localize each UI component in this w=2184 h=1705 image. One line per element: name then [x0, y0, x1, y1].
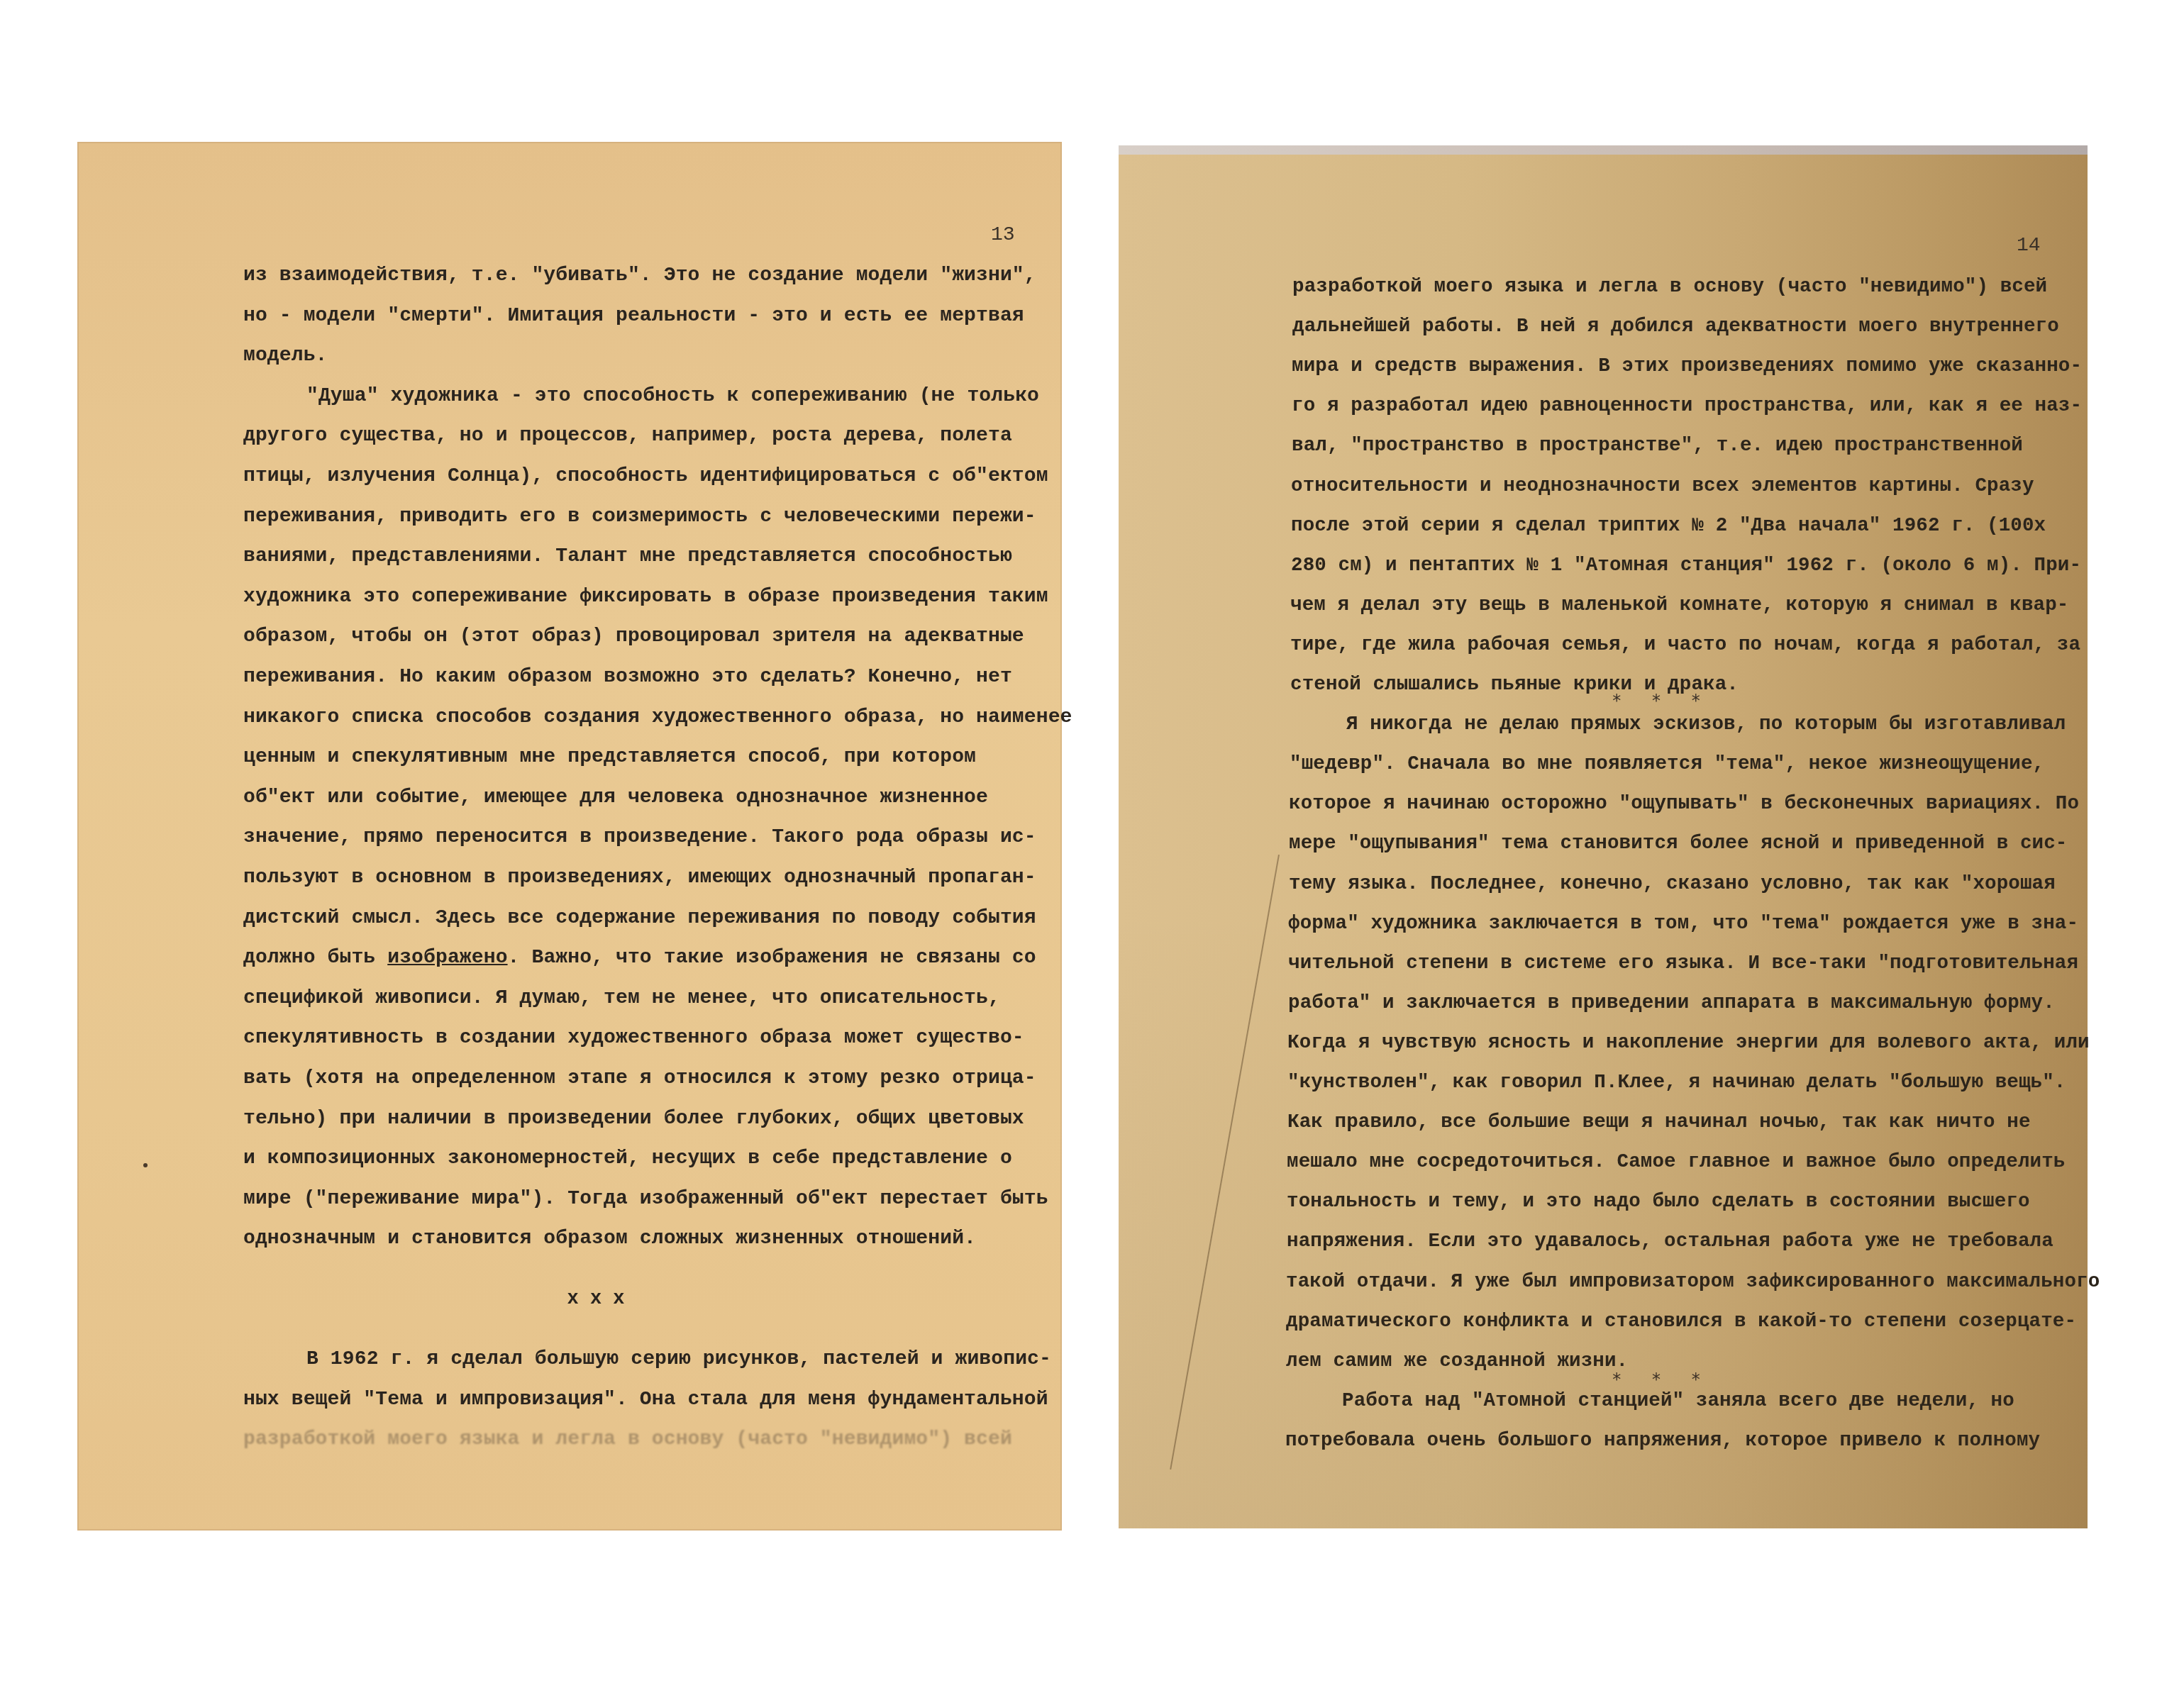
- page-13: 13 из взаимодействия, т.е. "убивать". Эт…: [77, 142, 1062, 1531]
- text-line: образом, чтобы он (этот образ) провоциро…: [243, 626, 1024, 648]
- text-line: разработкой моего языка и легла в основу…: [1292, 277, 2047, 298]
- section-separator: * * *: [1612, 691, 1712, 711]
- text-line: работа" и заключается в приведении аппар…: [1288, 993, 2055, 1014]
- text-line: "Душа" художника - это способность к соп…: [306, 386, 1039, 407]
- text-line: драматического конфликта и становился в …: [1286, 1311, 2076, 1333]
- text-line: модель.: [243, 345, 328, 367]
- text-line: но - модели "смерти". Имитация реальност…: [243, 306, 1024, 327]
- text-line: спецификой живописи. Я думаю, тем не мен…: [243, 988, 1000, 1009]
- page-14: 14 разработкой моего языка и легла в осн…: [1119, 145, 2088, 1528]
- text-line: из взаимодействия, т.е. "убивать". Это н…: [243, 265, 1036, 287]
- text-line: художника это сопереживание фиксировать …: [243, 587, 1048, 608]
- section-separator: * * *: [1612, 1370, 1712, 1389]
- text-line: тему языка. Последнее, конечно, сказано …: [1289, 874, 2056, 895]
- text-line: Я никогда не делаю прямых эскизов, по ко…: [1346, 714, 2066, 735]
- ink-speck: [143, 1163, 148, 1167]
- text-line: мира и средств выражения. В этих произве…: [1292, 356, 2082, 377]
- text-line: переживания, приводить его в соизмеримос…: [243, 506, 1036, 528]
- text-line: относительности и неоднозначности всех э…: [1291, 476, 2034, 497]
- text-line: ваниями, представлениями. Талант мне пре…: [243, 546, 1012, 567]
- text-line: птицы, излучения Солнца), способность ид…: [243, 466, 1048, 487]
- text-line: дальнейшей работы. В ней я добился адекв…: [1292, 316, 2059, 338]
- text-line: чительной степени в системе его языка. И…: [1288, 953, 2078, 974]
- text-line: "шедевр". Сначала во мне появляется "тем…: [1290, 754, 2044, 775]
- section-separator: x x x: [567, 1289, 624, 1310]
- text-line: В 1962 г. я сделал большую серию рисунко…: [306, 1349, 1051, 1370]
- text-line: и композиционных закономерностей, несущи…: [243, 1148, 1012, 1170]
- underlined-word: изображено: [387, 947, 507, 969]
- text-line: Как правило, все большие вещи я начинал …: [1287, 1112, 2031, 1133]
- text-line: напряжения. Если это удавалось, остальна…: [1287, 1231, 2053, 1253]
- text-line: "кунстволен", как говорил П.Клее, я начи…: [1287, 1072, 2066, 1094]
- text-line: тональность и тему, и это надо было сдел…: [1287, 1192, 2030, 1213]
- text-line: тельно) при наличии в произведении более…: [243, 1109, 1024, 1130]
- text-line: тире, где жила рабочая семья, и часто по…: [1290, 635, 2080, 656]
- text-line: другого существа, но и процессов, наприм…: [243, 426, 1012, 447]
- text-line: Работа над "Атомной станцией" заняла все…: [1342, 1391, 2014, 1412]
- text-line: значение, прямо переносится в произведен…: [243, 827, 1036, 848]
- text-line: мере "ощупывания" тема становится более …: [1289, 833, 2068, 855]
- text-line: пользуют в основном в произведениях, име…: [243, 867, 1036, 889]
- page-number: 14: [2017, 235, 2041, 257]
- text-line: вать (хотя на определенном этапе я относ…: [243, 1068, 1036, 1089]
- text-line: лем самим же созданной жизни.: [1286, 1351, 1628, 1372]
- text-line: переживания. Но каким образом возможно э…: [243, 667, 1012, 688]
- text-line: потребовала очень большого напряжения, к…: [1285, 1431, 2040, 1452]
- page-number: 13: [991, 224, 1015, 246]
- text-line: Когда я чувствую ясность и накопление эн…: [1287, 1033, 2090, 1054]
- text-line: ных вещей "Тема и импровизация". Она ста…: [243, 1389, 1048, 1411]
- text-line: такой отдачи. Я уже был импровизатором з…: [1286, 1272, 2100, 1293]
- text-line: вал, "пространство в пространстве", т.е.…: [1292, 435, 2023, 457]
- text-line: чем я делал эту вещь в маленькой комнате…: [1290, 595, 2069, 616]
- text-line: которое я начинаю осторожно "ощупывать" …: [1289, 794, 2079, 815]
- paper-crease: [1170, 855, 1280, 1470]
- text-line: должно быть изображено. Важно, что такие…: [243, 948, 1036, 969]
- text-line: мире ("переживание мира"). Тогда изображ…: [243, 1189, 1048, 1210]
- text-line: ценным и спекулятивным мне представляетс…: [243, 747, 976, 768]
- text-line: го я разработал идею равноценности прост…: [1292, 396, 2082, 417]
- text-line: мешало мне сосредоточиться. Самое главно…: [1287, 1152, 2066, 1173]
- text-line: никакого списка способов создания художе…: [243, 707, 1072, 728]
- text-line: однозначным и становится образом сложных…: [243, 1228, 976, 1250]
- text-line: разработкой моего языка и легла в основу…: [243, 1429, 1012, 1450]
- text-line: дистский смысл. Здесь все содержание пер…: [243, 908, 1036, 929]
- text-line: об"ект или событие, имеющее для человека…: [243, 787, 988, 809]
- text-line: 280 см) и пентаптих № 1 "Атомная станция…: [1291, 555, 2081, 577]
- text-line: спекулятивность в создании художественно…: [243, 1028, 1024, 1049]
- text-line: форма" художника заключается в том, что …: [1288, 913, 2078, 935]
- text-line: после этой серии я сделал триптих № 2 "Д…: [1291, 516, 2046, 537]
